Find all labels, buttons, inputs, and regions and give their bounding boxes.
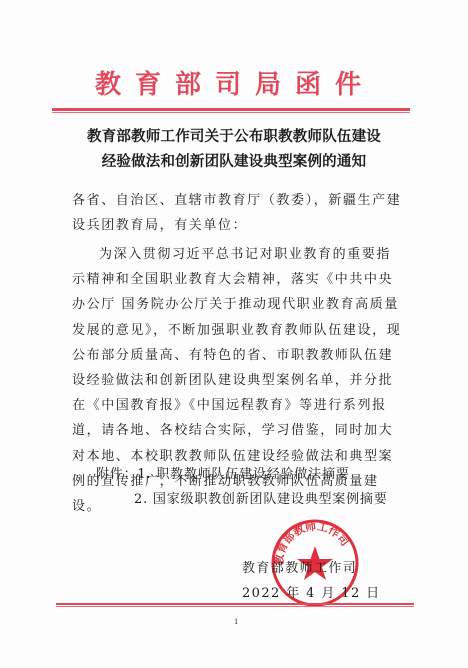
header-rule-thin	[52, 112, 410, 113]
attachment-item-2: 2. 国家级职教创新团队建设典型案例摘要	[96, 487, 388, 512]
document-title: 教育部教师工作司关于公布职教教师队伍建设 经验做法和创新团队建设典型案例的通知	[40, 124, 428, 174]
issuer-name: 教育部教师工作司	[242, 556, 381, 581]
attachments: 附件：1. 职教教师队伍建设经验做法摘要 2. 国家级职教创新团队建设典型案例摘…	[96, 462, 388, 512]
attachments-label: 附件：	[96, 467, 137, 482]
attachment-item-1: 附件：1. 职教教师队伍建设经验做法摘要	[96, 462, 388, 487]
title-line-2: 经验做法和创新团队建设典型案例的通知	[40, 149, 428, 174]
footer-rule-thick	[56, 603, 414, 605]
page-number: 1	[234, 618, 238, 626]
footer-rule-thin	[56, 606, 414, 607]
signature-block: 教育部教师工作司 2022 年 4 月 12 日	[242, 556, 381, 606]
header-rule-thick	[52, 108, 410, 111]
document-page: 教育部司局函件 教育部教师工作司关于公布职教教师队伍建设 经验做法和创新团队建设…	[0, 0, 468, 668]
masthead-title: 教育部司局函件	[70, 64, 400, 101]
title-line-1: 教育部教师工作司关于公布职教教师队伍建设	[40, 124, 428, 149]
salutation: 各省、自治区、直辖市教育厅（教委），新疆生产建设兵团教育局，有关单位：	[72, 188, 402, 238]
